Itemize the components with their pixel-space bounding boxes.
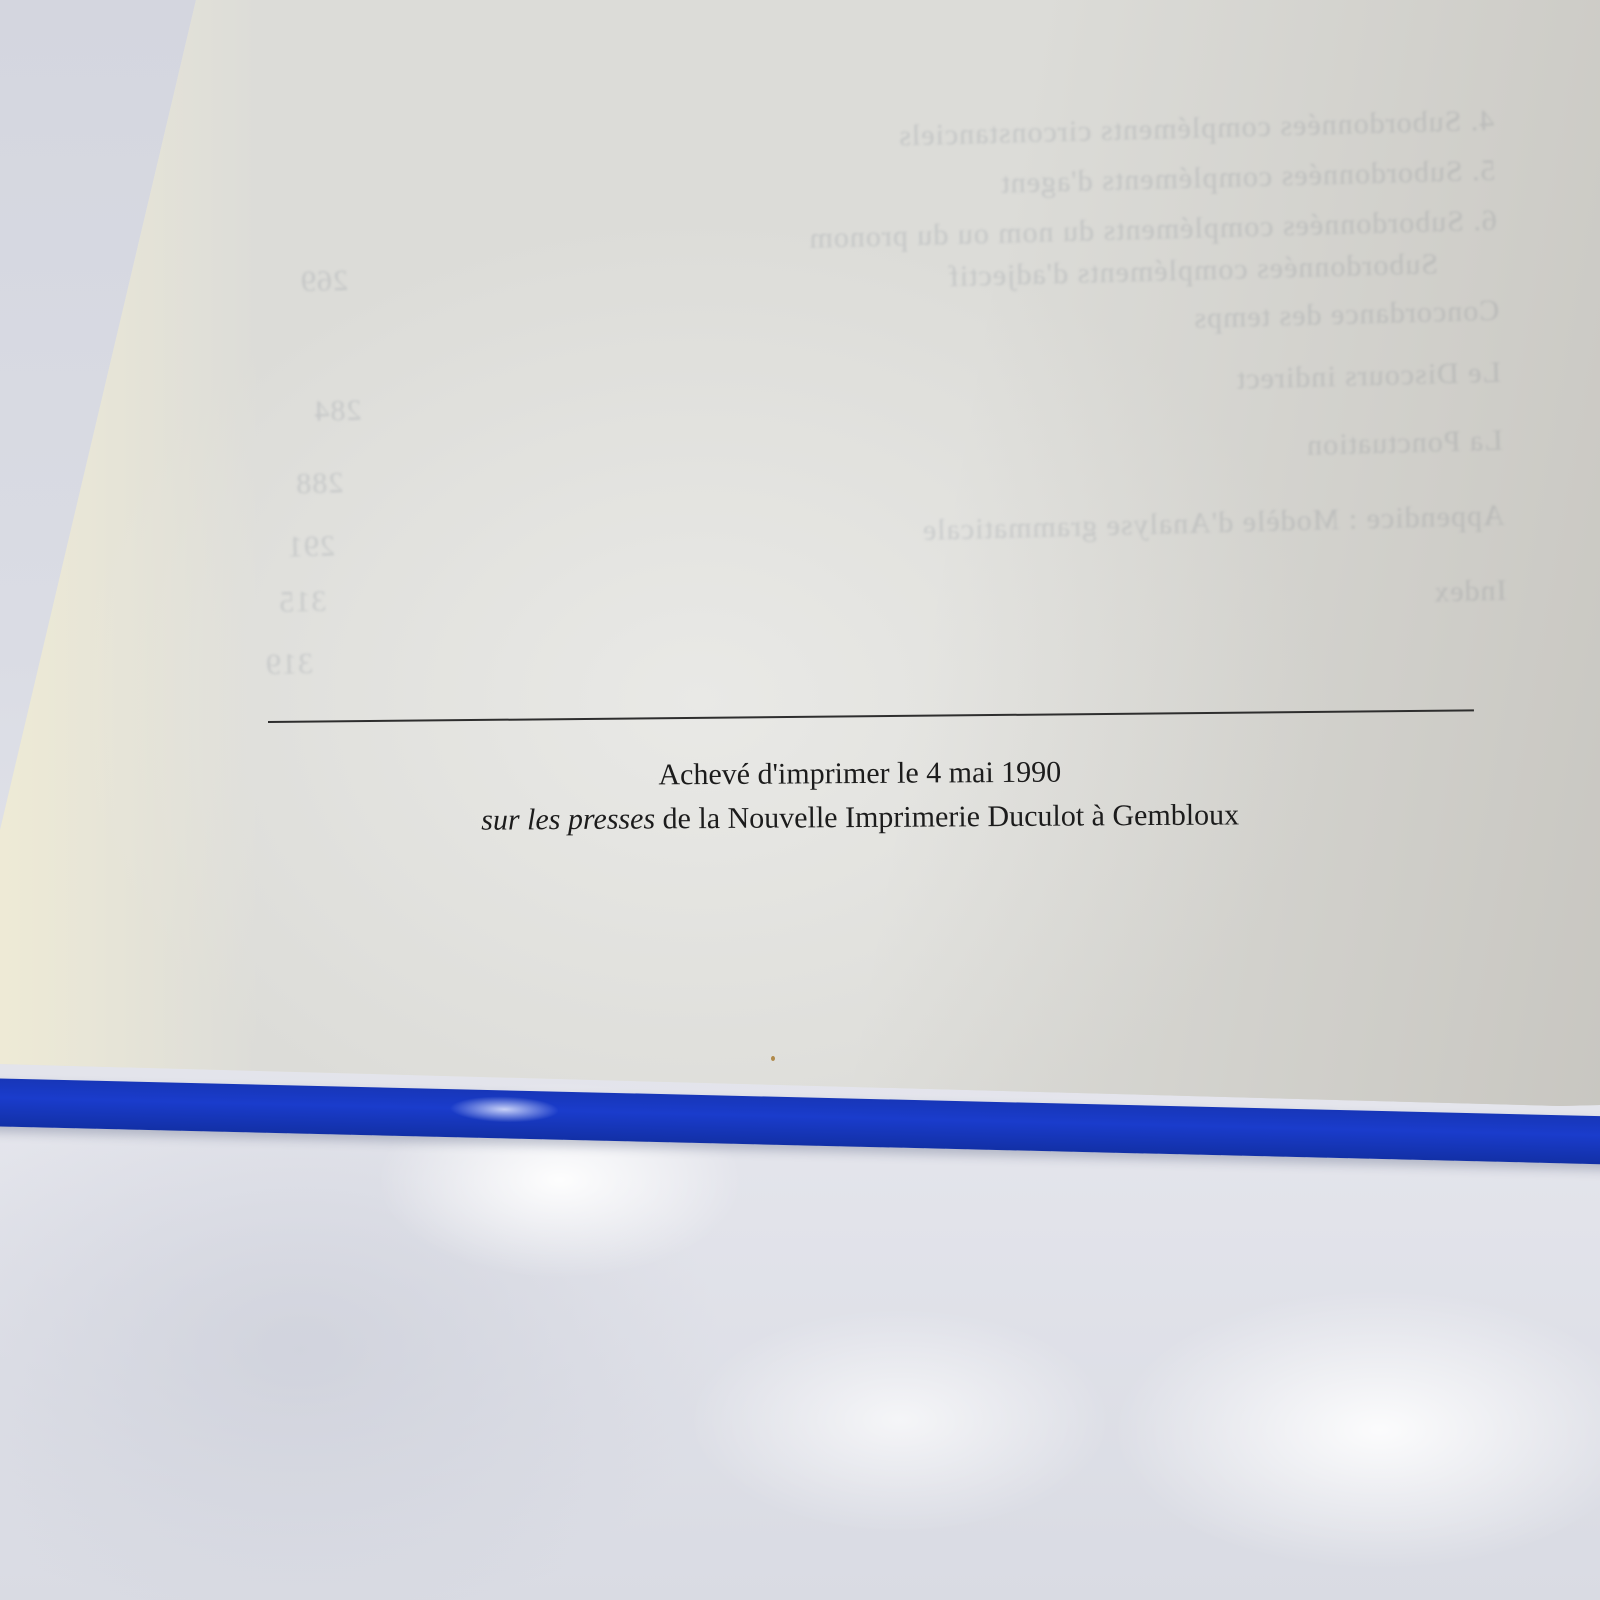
colophon-printer-line: sur les presses de la Nouvelle Imprimeri…	[360, 793, 1360, 844]
cover-glare	[449, 1095, 560, 1124]
colophon-printer-name: de la Nouvelle Imprimerie Duculot à Gemb…	[655, 798, 1239, 835]
printer-colophon: Achevé d'imprimer le 4 mai 1990 sur les …	[360, 749, 1361, 844]
colophon-italic-part: sur les presses	[481, 802, 655, 836]
colophon-print-date: Achevé d'imprimer le 4 mai 1990	[360, 749, 1360, 800]
paper-speck	[771, 1056, 775, 1061]
